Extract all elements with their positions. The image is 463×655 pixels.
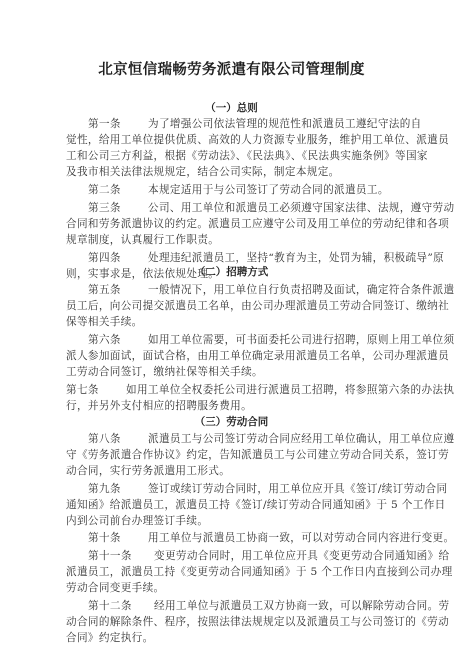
article-label: 第十条 <box>88 531 148 545</box>
article-12-line-3: 合同》约定执行。 <box>66 631 396 645</box>
article-9-line-1: 第九条签订或续订劳动合同时，用工单位应开具《签订/续订劳动合同 <box>88 482 418 496</box>
article-11-line-3: 劳动合同变更手续。 <box>66 581 396 595</box>
article-label: 第一条 <box>88 117 148 131</box>
article-1-line-1: 第一条为了增强公司依法管理的规范性和派遣员工遵纪守法的自 <box>88 117 418 131</box>
article-10-line-1: 第十条用工单位与派遣员工协商一致，可以对劳动合同内容进行变更。 <box>88 531 418 545</box>
article-label: 第六条 <box>88 333 148 347</box>
article-1-line-2: 觉性，给用工单位提供优质、高效的人力资源专业服务，维护用工单位、派遣员 <box>66 133 396 147</box>
article-3-line-3: 规章制度，认真履行工作职责。 <box>66 233 396 247</box>
article-label: 第九条 <box>88 482 148 496</box>
section-heading-labor-contract: （三）劳动合同 <box>0 415 463 429</box>
article-8-line-3: 动合同，实行劳务派遣用工形式。 <box>66 464 396 478</box>
article-12-line-1: 第十二条经用工单位与派遣员工双方协商一致，可以解除劳动合同。劳 <box>88 599 418 613</box>
article-5-line-1: 第五条一般情况下，用工单位自行负责招聘及面试，确定符合条件派遣 <box>88 283 418 297</box>
article-label: 第十一条 <box>88 549 154 563</box>
article-8-line-2: 守《劳务派遣合作协议》约定，告知派遣员工与公司建立劳动合同关系，签订劳 <box>66 448 396 462</box>
article-label: 第八条 <box>88 432 148 446</box>
section-heading-recruitment: （二）招聘方式 <box>0 265 463 279</box>
document-title: 北京恒信瑞畅劳务派遣有限公司管理制度 <box>0 60 463 80</box>
article-label: 第二条 <box>88 183 148 197</box>
article-label: 第四条 <box>88 251 148 265</box>
article-6-line-2: 派人参加面试，面试合格，由用工单位确定录用派遣员工名单，公司办理派遣员 <box>66 349 396 363</box>
article-9-line-2: 通知函》给派遣员工，派遣员工持《签订/续订劳动合同通知函》于 5 个工作日 <box>66 498 396 512</box>
article-1-line-3: 工和公司三方利益，根据《劳动法》、《民法典》、《民法典实施条例》等国家 <box>66 149 396 163</box>
article-label: 第七条 <box>66 383 126 397</box>
section-heading-general: （一）总则 <box>0 101 463 115</box>
article-9-line-3: 内到公司前台办理签订手续。 <box>66 514 396 528</box>
article-3-line-1: 第三条公司、用工单位和派遣员工必须遵守国家法律、法规，遵守劳动 <box>88 201 418 215</box>
article-11-line-2: 派遣员工，派遣员工持《变更劳动合同通知函》于 5 个工作日内直接到公司办理 <box>66 565 396 579</box>
article-12-line-2: 动合同的解除条件、程序，按照法律法规规定以及派遣员工与公司签订的《劳动 <box>66 615 396 629</box>
article-label: 第五条 <box>88 283 148 297</box>
article-label: 第十二条 <box>88 599 154 613</box>
article-11-line-1: 第十一条变更劳动合同时，用工单位应开具《变更劳动合同通知函》给 <box>88 549 418 563</box>
article-5-line-3: 保等相关手续。 <box>66 315 396 329</box>
article-8-line-1: 第八条派遣员工与公司签订劳动合同应经用工单位确认，用工单位应遵 <box>88 432 418 446</box>
article-4-line-1: 第四条处理违纪派遣员工，坚持“教育为主，处罚为辅，积极疏导”原 <box>88 251 418 265</box>
article-7-line-2: 行，并另外支付相应的招聘服务费用。 <box>66 399 396 413</box>
article-6-line-3: 工劳动合同签订，缴纳社保等相关手续。 <box>66 365 396 379</box>
article-2-line-1: 第二条本规定适用于与公司签订了劳动合同的派遣员工。 <box>88 183 418 197</box>
article-6-line-1: 第六条如用工单位需要，可书面委托公司进行招聘，原则上用工单位须 <box>88 333 418 347</box>
article-1-line-4: 及我市相关法律法规规定，结合公司实际，制定本规定。 <box>66 165 396 179</box>
article-5-line-2: 员工后，向公司提交派遣员工名单，由公司办理派遣员工劳动合同签订、缴纳社 <box>66 299 396 313</box>
article-7-line-1: 第七条如用工单位全权委托公司进行派遣员工招聘，将参照第六条的办法执 <box>66 383 396 397</box>
article-label: 第三条 <box>88 201 148 215</box>
document-page: 北京恒信瑞畅劳务派遣有限公司管理制度 （一）总则 第一条为了增强公司依法管理的规… <box>0 0 463 655</box>
article-3-line-2: 合同和劳务派遣协议的约定。派遣员工应遵守公司及用工单位的劳动纪律和各项 <box>66 217 396 231</box>
